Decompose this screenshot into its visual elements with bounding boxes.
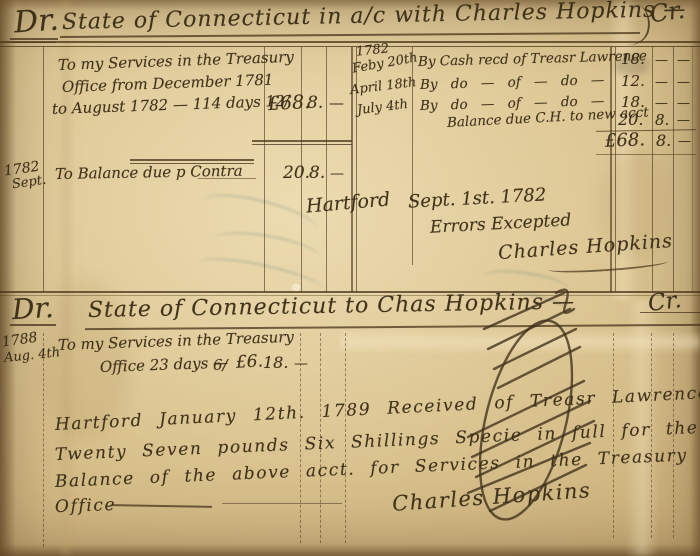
- l2-entry-line2: Office 23 days —: [100, 356, 229, 376]
- l1-credit-money-line: [692, 47, 693, 292]
- l1-credit-row-date: July 4th: [356, 98, 408, 118]
- receipt-line4: Office: [55, 497, 117, 517]
- l1-balance-text: To Balance due p Contra: [55, 164, 243, 183]
- l1-credit-amt-shillings: —: [655, 97, 668, 111]
- l1-date-col-line: [43, 47, 44, 292]
- l1-debit-money-separator-2: [252, 144, 352, 145]
- ledger2-dr-label: Dr.: [11, 293, 54, 325]
- l1-credit-row-desc: By do — of — do —: [420, 73, 605, 92]
- ledger1-top-rule: [0, 41, 700, 43]
- ledger2-cr-underline: [640, 312, 700, 313]
- l1-credit-balance-pounds: 20.: [618, 112, 643, 129]
- l2-amount-pounds: £6.: [236, 353, 264, 372]
- l1-credit-amt-shillings: —: [655, 76, 668, 90]
- l1-credit-amt-pence: —: [677, 54, 690, 68]
- ledger1-dr-label: Dr.: [13, 4, 60, 39]
- l1-balance-dash: [198, 178, 256, 179]
- l1-credit-balance-pence: —: [677, 114, 690, 128]
- l1-credit-total-pounds: £68.: [605, 131, 646, 151]
- l1-debit-desc-separator: [130, 159, 254, 161]
- l2-entry-rate: 6/: [213, 358, 228, 374]
- l1-credit-row-date: April 18th: [349, 76, 417, 98]
- l1-credit-money-line: [652, 47, 653, 292]
- l1-credit-balance-shillings: 8.: [655, 113, 669, 129]
- l2-date-col-line: [43, 333, 44, 547]
- l1-closing-date: Sept. 1st. 1782: [408, 186, 547, 212]
- paper-edge-left: [0, 0, 16, 556]
- l2-amount-pence: —: [294, 357, 308, 372]
- l1-credit-amt-pounds: 12.: [621, 74, 645, 90]
- l1-credit-amt-pounds: 18.: [621, 52, 645, 68]
- dr2-underline: [10, 324, 56, 326]
- l1-balance-amount-pounds: 20.: [283, 165, 310, 183]
- receipt-office-dash-2: [222, 503, 342, 504]
- paper-edge-bottom: [0, 544, 700, 556]
- l1-debit-entry-line3: to August 1782 — 114 days 12/: [52, 94, 290, 118]
- l1-money-col-line: [326, 47, 327, 292]
- l1-credit-amt-pence: —: [677, 76, 690, 90]
- cancellation-scribble: [438, 285, 623, 535]
- l1-closing-errors: Errors Excepted: [430, 212, 572, 237]
- receipt-office-dash: [112, 504, 212, 508]
- l1-credit-total-underrule: [596, 154, 696, 155]
- l1-balance-amount-pence: —: [330, 167, 344, 182]
- l2-amount-shillings: 18.: [263, 355, 288, 372]
- dr-underline: [10, 38, 58, 40]
- l1-credit-total-shillings: 8.: [656, 133, 671, 150]
- l1-balance-amount-shillings: 8.: [309, 165, 325, 183]
- l1-closing-place: Hartford: [305, 190, 391, 217]
- l1-debit-amount-pence: —: [329, 96, 344, 112]
- l1-credit-money-line: [673, 47, 674, 292]
- l1-credit-amt-shillings: —: [655, 54, 668, 68]
- l1-debit-amount-shillings: 8.: [307, 95, 323, 113]
- l1-debit-entry-line2: Office from December 1781: [62, 73, 274, 96]
- ledger1-cr-label: Cr.: [648, 0, 686, 27]
- l1-credit-total-pence: —: [678, 135, 691, 149]
- l1-credit-amt-pounds: 18.: [621, 95, 645, 111]
- manuscript-ledger-page: Dr. State of Connecticut in a/c with Cha…: [0, 0, 700, 556]
- l1-balance-month: Sept.: [11, 174, 47, 192]
- l1-debit-money-separator: [252, 140, 352, 142]
- l1-credit-amt-pence: —: [677, 97, 690, 111]
- l1-debit-amount-pounds: £68.: [268, 93, 311, 115]
- ledger1-top-rule-2: [0, 46, 700, 47]
